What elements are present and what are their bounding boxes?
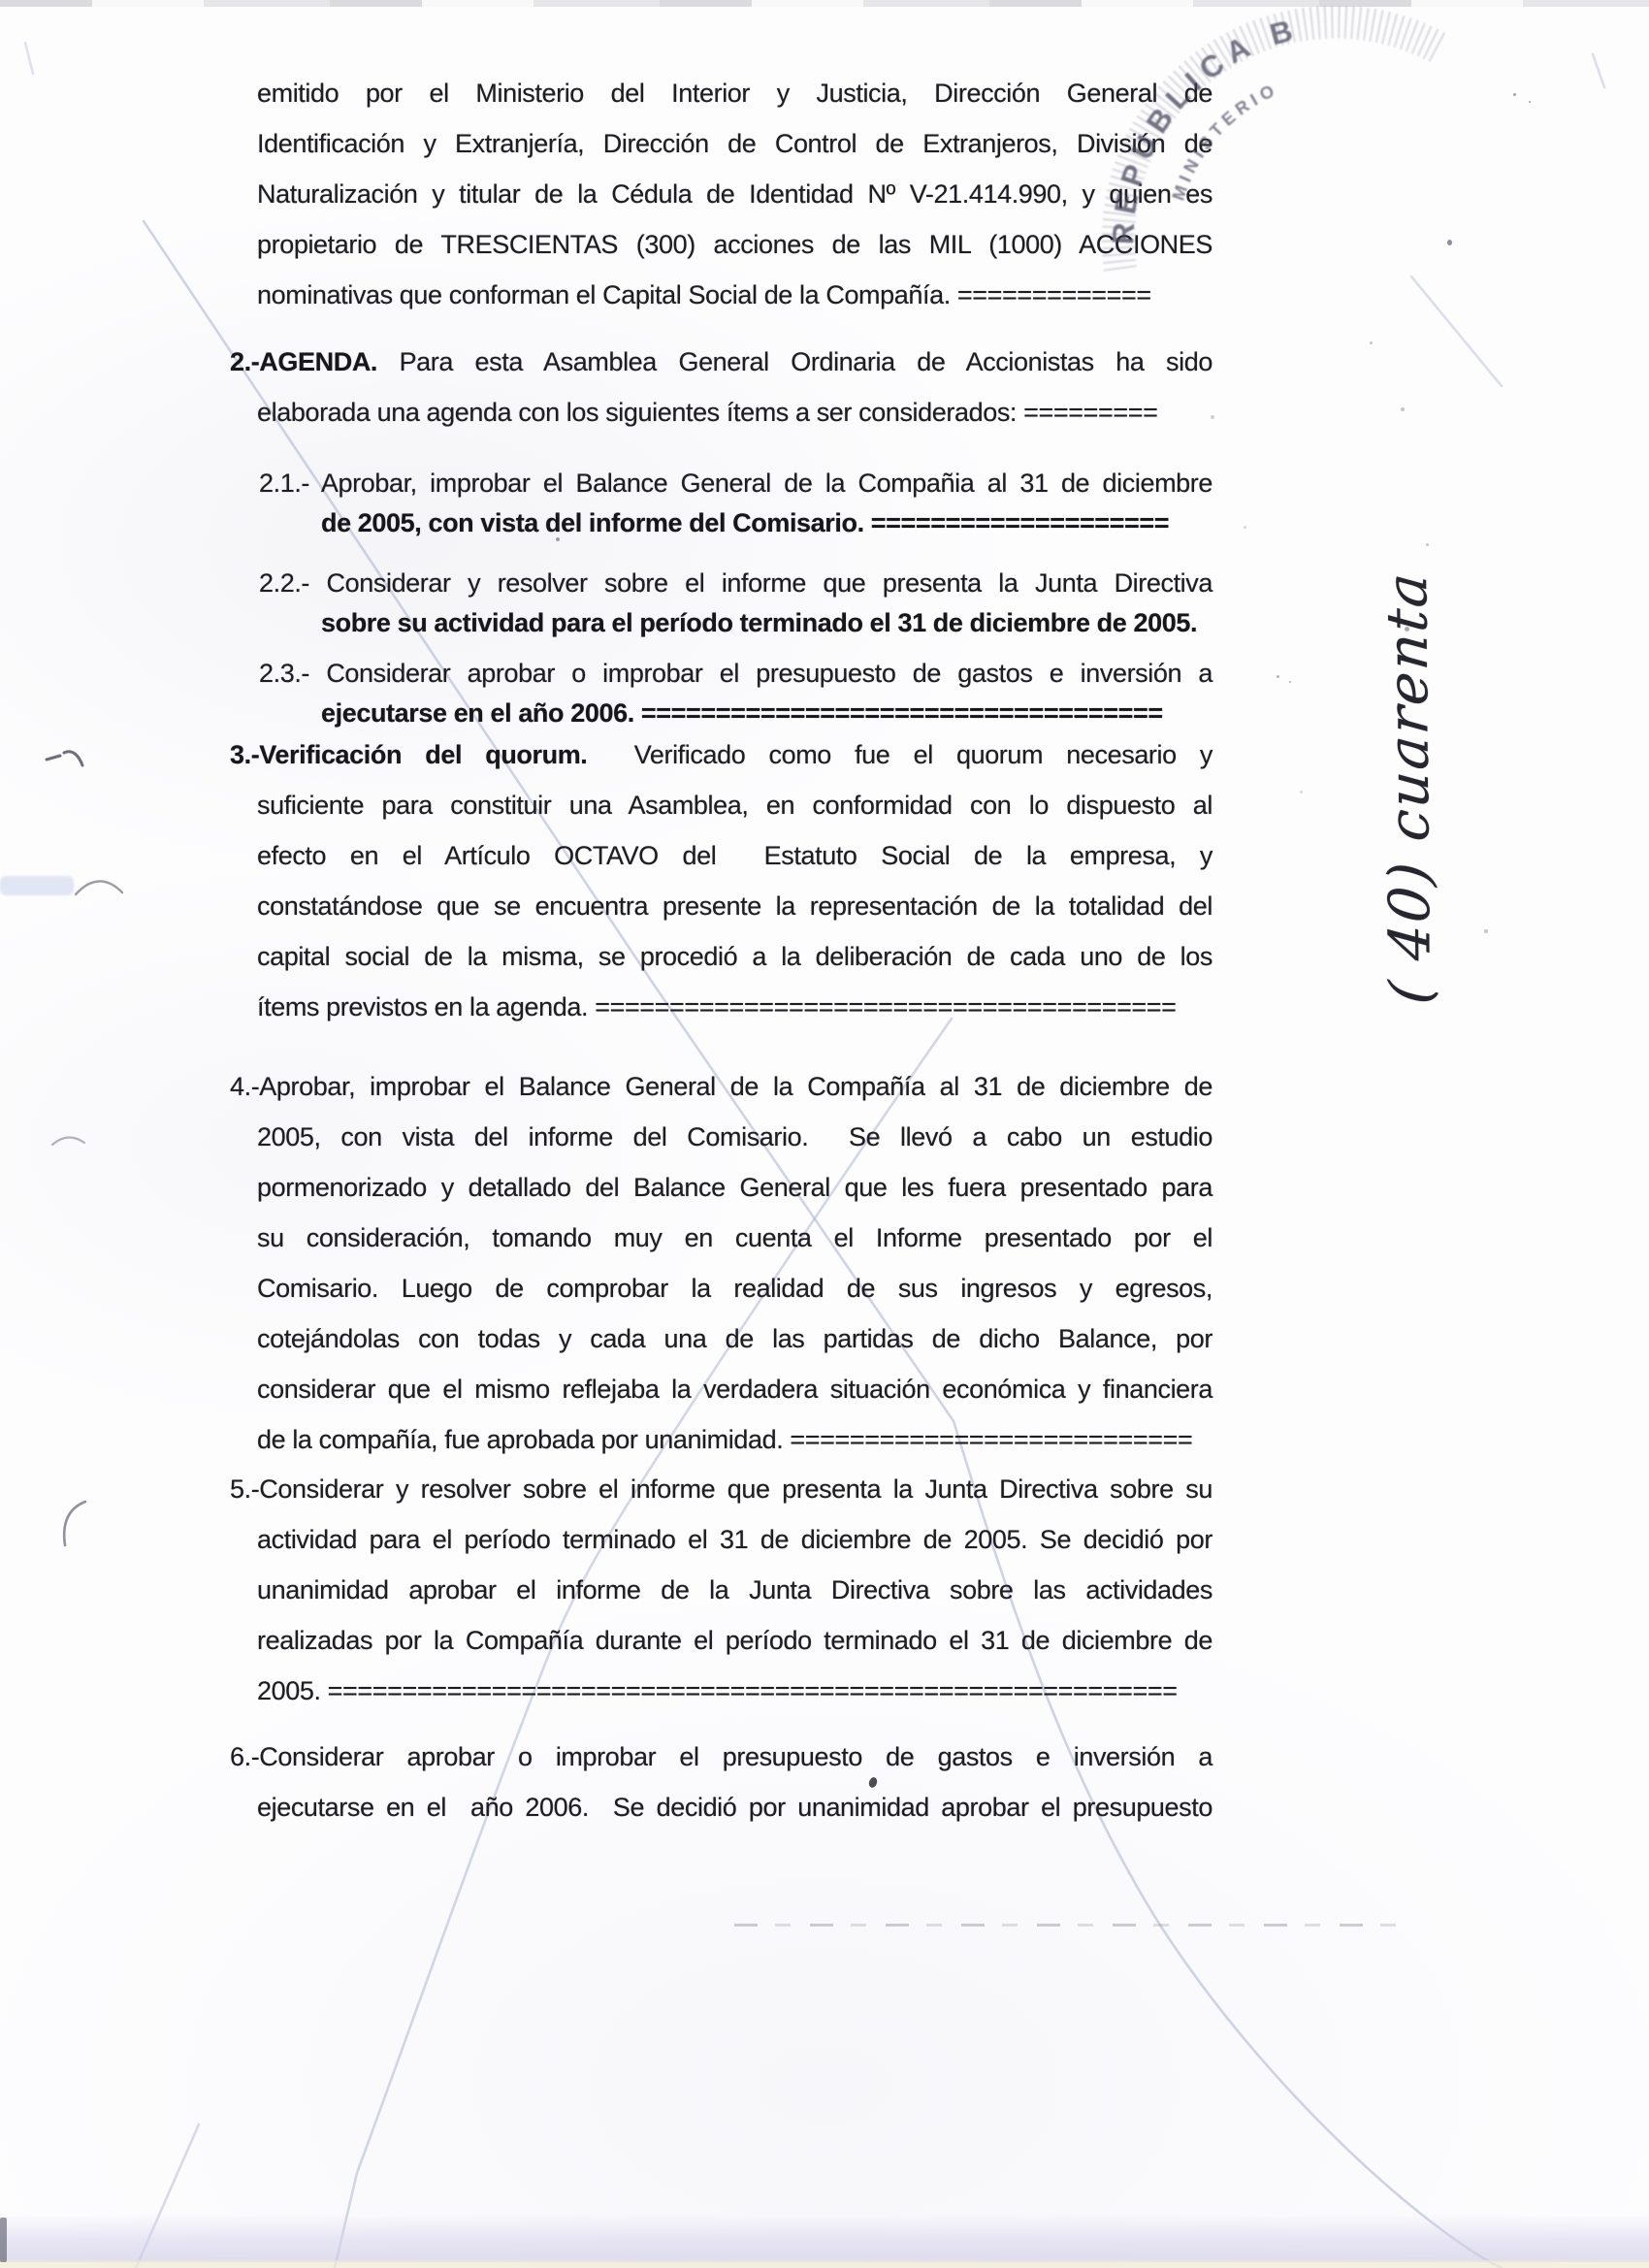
text-line: 2.2.- Considerar y resolver sobre el inf… bbox=[259, 564, 1212, 603]
ink-dot bbox=[1277, 675, 1279, 678]
text-run: emitido por el Ministerio del Interior y… bbox=[257, 79, 1212, 108]
text-line: de la compañía, fue aprobada por unanimi… bbox=[257, 1414, 1212, 1465]
text-line: su consideración, tomando muy en cuenta … bbox=[257, 1213, 1212, 1263]
text-run: 2005, con vista del informe del Comisari… bbox=[257, 1122, 1212, 1151]
text-line: capital social de la misma, se procedió … bbox=[257, 931, 1212, 982]
text-line: 4.-Aprobar, improbar el Balance General … bbox=[230, 1061, 1212, 1112]
blue-smudge bbox=[0, 876, 74, 895]
paragraph-continuation: emitido por el Ministerio del Interior y… bbox=[257, 68, 1212, 320]
text-run: 5.-Considerar y resolver sobre el inform… bbox=[230, 1474, 1212, 1504]
text-line: 2.3.- Considerar aprobar o improbar el p… bbox=[259, 654, 1212, 694]
text-run: Naturalización y titular de la Cédula de… bbox=[257, 179, 1212, 209]
text-line: propietario de TRESCIENTAS (300) accione… bbox=[257, 219, 1212, 270]
bold-text-run: de 2005, con vista del informe del Comis… bbox=[321, 508, 1169, 537]
bold-text-run: ejecutarse en el año 2006. =============… bbox=[321, 698, 1163, 728]
ink-dot bbox=[1513, 93, 1516, 96]
item-2-3: 2.3.- Considerar aprobar o improbar el p… bbox=[259, 654, 1212, 733]
scan-corner-mark bbox=[0, 2218, 7, 2262]
text-run: efecto en el Artículo OCTAVO del Estatut… bbox=[257, 841, 1212, 870]
ink-dot bbox=[556, 537, 560, 541]
ink-dot bbox=[1289, 681, 1291, 683]
text-line: 2.1.- Aprobar, improbar el Balance Gener… bbox=[259, 464, 1212, 503]
ink-dot bbox=[1447, 240, 1452, 245]
text-run: 6.-Considerar aprobar o improbar el pres… bbox=[230, 1742, 1212, 1771]
text-line: 3.-Verificación del quorum. Verificado c… bbox=[230, 729, 1212, 780]
text-run: ítems previstos en la agenda. ==========… bbox=[257, 992, 1177, 1021]
text-line: unanimidad aprobar el informe de la Junt… bbox=[257, 1565, 1212, 1615]
text-run: unanimidad aprobar el informe de la Junt… bbox=[257, 1575, 1212, 1604]
text-line: ejecutarse en el año 2006. =============… bbox=[321, 694, 1212, 733]
text-run: 4.-Aprobar, improbar el Balance General … bbox=[230, 1072, 1212, 1101]
text-run: propietario de TRESCIENTAS (300) accione… bbox=[257, 230, 1212, 259]
text-run: Comisario. Luego de comprobar la realida… bbox=[257, 1274, 1212, 1303]
item-2-2: 2.2.- Considerar y resolver sobre el inf… bbox=[259, 564, 1212, 643]
text-run: Identificación y Extranjería, Dirección … bbox=[257, 129, 1212, 158]
text-line: suficiente para constituir una Asamblea,… bbox=[257, 780, 1212, 830]
text-line: ejecutarse en el año 2006. Se decidió po… bbox=[257, 1782, 1212, 1832]
text-line: actividad para el período terminado el 3… bbox=[257, 1514, 1212, 1565]
text-line: Comisario. Luego de comprobar la realida… bbox=[257, 1263, 1212, 1313]
ink-dot bbox=[1426, 543, 1429, 546]
bold-text-run: sobre su actividad para el período termi… bbox=[321, 608, 1197, 637]
text-line: sobre su actividad para el período termi… bbox=[321, 603, 1212, 643]
bold-text-run: 2.-AGENDA. bbox=[230, 347, 377, 376]
item-5-informe: 5.-Considerar y resolver sobre el inform… bbox=[230, 1464, 1212, 1716]
text-line: cotejándolas con todas y cada una de las… bbox=[257, 1313, 1212, 1364]
text-line: de 2005, con vista del informe del Comis… bbox=[321, 503, 1212, 543]
text-line: ítems previstos en la agenda. ==========… bbox=[257, 982, 1212, 1032]
text-run: 2.3.- Considerar aprobar o improbar el p… bbox=[259, 659, 1212, 688]
text-run: capital social de la misma, se procedió … bbox=[257, 942, 1212, 971]
text-run: cotejándolas con todas y cada una de las… bbox=[257, 1324, 1212, 1353]
ink-dot bbox=[1484, 929, 1488, 933]
scan-bottom-edge bbox=[0, 2260, 1649, 2268]
folio-note-text: ( 40) cuarenta bbox=[1374, 569, 1443, 1007]
text-line: 6.-Considerar aprobar o improbar el pres… bbox=[230, 1732, 1212, 1782]
item-3-quorum: 3.-Verificación del quorum. Verificado c… bbox=[230, 729, 1212, 1032]
item-2-agenda: 2.-AGENDA. Para esta Asamblea General Or… bbox=[230, 337, 1212, 437]
text-line: elaborada una agenda con los siguientes … bbox=[257, 387, 1212, 437]
scan-dash-artifact bbox=[734, 1924, 1402, 1927]
text-line: 5.-Considerar y resolver sobre el inform… bbox=[230, 1464, 1212, 1514]
text-line: 2005. ==================================… bbox=[257, 1666, 1212, 1716]
text-run: realizadas por la Compañía durante el pe… bbox=[257, 1626, 1212, 1655]
text-line: 2.-AGENDA. Para esta Asamblea General Or… bbox=[230, 337, 1212, 387]
item-2-1: 2.1.- Aprobar, improbar el Balance Gener… bbox=[259, 464, 1212, 543]
text-run: constatándose que se encuentra presente … bbox=[257, 891, 1212, 921]
text-line: Naturalización y titular de la Cédula de… bbox=[257, 169, 1212, 219]
text-run: ejecutarse en el año 2006. Se decidió po… bbox=[257, 1793, 1212, 1822]
ink-dot bbox=[1244, 526, 1246, 529]
ink-dot bbox=[1300, 791, 1303, 794]
text-run: Para esta Asamblea General Ordinaria de … bbox=[377, 347, 1212, 376]
ink-dot bbox=[1529, 101, 1531, 103]
text-run: actividad para el período terminado el 3… bbox=[257, 1525, 1212, 1554]
text-line: considerar que el mismo reflejaba la ver… bbox=[257, 1364, 1212, 1414]
text-line: Identificación y Extranjería, Dirección … bbox=[257, 118, 1212, 169]
ink-dot bbox=[1405, 627, 1409, 632]
text-line: nominativas que conforman el Capital Soc… bbox=[257, 270, 1212, 320]
text-run: considerar que el mismo reflejaba la ver… bbox=[257, 1375, 1212, 1404]
scanned-document-page: emitido por el Ministerio del Interior y… bbox=[0, 0, 1649, 2268]
ink-dot bbox=[1401, 407, 1405, 411]
text-run: elaborada una agenda con los siguientes … bbox=[257, 398, 1157, 427]
ink-dot bbox=[1211, 415, 1214, 419]
text-run: 2.2.- Considerar y resolver sobre el inf… bbox=[259, 568, 1212, 598]
text-run: suficiente para constituir una Asamblea,… bbox=[257, 791, 1212, 820]
text-run: nominativas que conforman el Capital Soc… bbox=[257, 280, 1151, 309]
text-run: su consideración, tomando muy en cuenta … bbox=[257, 1223, 1212, 1252]
scan-bottom-band bbox=[0, 2214, 1649, 2262]
text-line: efecto en el Artículo OCTAVO del Estatut… bbox=[257, 830, 1212, 881]
text-run: 2005. ==================================… bbox=[257, 1676, 1178, 1705]
ink-dot bbox=[1370, 341, 1373, 344]
text-run: pormenorizado y detallado del Balance Ge… bbox=[257, 1173, 1212, 1202]
text-line: pormenorizado y detallado del Balance Ge… bbox=[257, 1162, 1212, 1213]
text-line: constatándose que se encuentra presente … bbox=[257, 881, 1212, 931]
ministry-stamp: REPUBLICA B MINISTERIO bbox=[1077, 0, 1500, 379]
ink-dot bbox=[1408, 679, 1412, 683]
text-line: 2005, con vista del informe del Comisari… bbox=[257, 1112, 1212, 1162]
text-line: emitido por el Ministerio del Interior y… bbox=[257, 68, 1212, 118]
text-line: realizadas por la Compañía durante el pe… bbox=[257, 1615, 1212, 1666]
bold-text-run: 3.-Verificación del quorum. bbox=[230, 740, 587, 769]
text-run: Verificado como fue el quorum necesario … bbox=[587, 740, 1212, 769]
item-6-presupuesto: 6.-Considerar aprobar o improbar el pres… bbox=[230, 1732, 1212, 1832]
text-run: de la compañía, fue aprobada por unanimi… bbox=[257, 1425, 1192, 1454]
item-4-balance: 4.-Aprobar, improbar el Balance General … bbox=[230, 1061, 1212, 1465]
text-run: 2.1.- Aprobar, improbar el Balance Gener… bbox=[259, 469, 1212, 498]
